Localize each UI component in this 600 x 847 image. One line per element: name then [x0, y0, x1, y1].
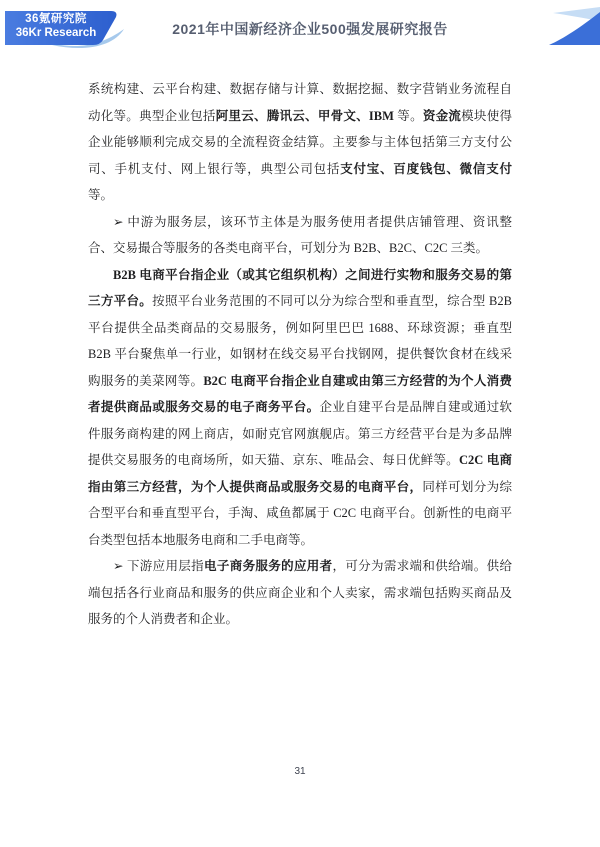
page-footer: 31	[0, 766, 600, 777]
text-run: 等。	[88, 188, 113, 202]
text-run: 下游应用层指	[127, 559, 204, 573]
text-run: 支付宝、百度钱包、微信支付	[340, 162, 512, 176]
text-run: 电子商务服务的应用者	[204, 559, 332, 573]
report-page: 36氪研究院 36Kr Research 2021年中国新经济企业500强发展研…	[0, 0, 600, 847]
text-run: 阿里云、腾讯云、甲骨文、IBM	[216, 109, 394, 123]
paragraph: 系统构建、云平台构建、数据存储与计算、数据挖掘、数字营销业务流程自动化等。典型企…	[88, 76, 512, 209]
text-run: ➢	[113, 559, 127, 573]
text-run: 中游为服务层，该环节主体是为服务使用者提供店铺管理、资讯整合、交易撮合等服务的各…	[88, 215, 512, 256]
text-run: 资金流	[423, 109, 461, 123]
corner-flag-icon	[545, 6, 600, 46]
paragraph: ➢ 中游为服务层，该环节主体是为服务使用者提供店铺管理、资讯整合、交易撮合等服务…	[88, 209, 512, 262]
document-body: 系统构建、云平台构建、数据存储与计算、数据挖掘、数字营销业务流程自动化等。典型企…	[88, 76, 512, 633]
paragraph: ➢ 下游应用层指电子商务服务的应用者，可分为需求端和供给端。供给端包括各行业商品…	[88, 553, 512, 633]
page-header: 36氪研究院 36Kr Research 2021年中国新经济企业500强发展研…	[0, 0, 600, 58]
text-run: 等。	[394, 109, 423, 123]
paragraph: B2B 电商平台指企业（或其它组织机构）之间进行实物和服务交易的第三方平台。按照…	[88, 262, 512, 554]
text-run: ➢	[113, 215, 127, 229]
report-title: 2021年中国新经济企业500强发展研究报告	[90, 19, 530, 39]
page-number: 31	[294, 766, 305, 777]
